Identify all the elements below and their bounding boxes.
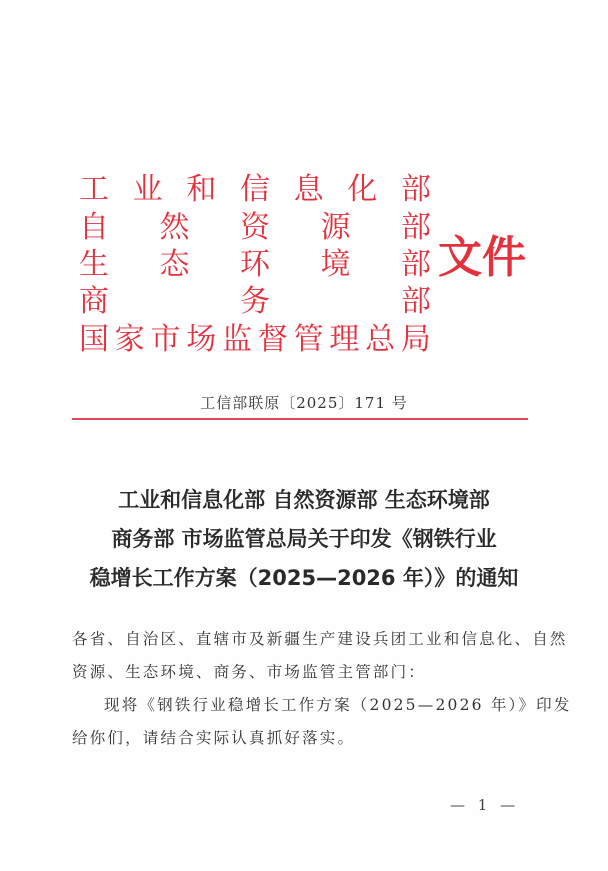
title-line-1: 工业和信息化部 自然资源部 生态环境部: [0, 484, 608, 514]
issuer-char: 工: [78, 172, 110, 208]
issuer-char: 商: [78, 284, 110, 320]
page-number: — 1 —: [450, 796, 519, 814]
issuer-char: 总: [364, 322, 396, 358]
issuer-char: 态: [159, 247, 191, 283]
title-line-3: 稳增长工作方案（2025—2026 年）》的通知: [0, 562, 608, 592]
issuer-char: 源: [320, 210, 352, 246]
issuer-char: 局: [400, 322, 432, 358]
paragraph-line-1: 现将《钢铁行业稳增长工作方案（2025—2026 年）》印发: [104, 693, 572, 715]
issuer-char: 国: [78, 322, 110, 358]
issuer-char: 资: [239, 210, 271, 246]
issuer-char: 信: [239, 172, 271, 208]
issuer-char: 场: [185, 322, 217, 358]
recipients-line-2: 资源、生态环境、商务、市场监管主管部门：: [72, 660, 540, 682]
issuer-char: 家: [114, 322, 146, 358]
issuer-samr: 国 家 市 场 监 督 管 理 总 局: [78, 322, 432, 358]
issuer-mee: 生 态 环 境 部: [78, 247, 432, 283]
issuer-char: 然: [159, 210, 191, 246]
red-divider: [72, 418, 528, 420]
issuer-char: 理: [328, 322, 360, 358]
issuer-char: 监: [221, 322, 253, 358]
issuer-char: 生: [78, 247, 110, 283]
issuer-char: 部: [400, 172, 432, 208]
issuer-char: 息: [293, 172, 325, 208]
document-number: 工信部联原〔2025〕171 号: [0, 392, 608, 413]
issuer-char: 业: [132, 172, 164, 208]
issuer-char: 环: [239, 247, 271, 283]
title-line-2: 商务部 市场监管总局关于印发《钢铁行业: [0, 523, 608, 553]
document-page: 工 业 和 信 息 化 部 自 然 资 源 部 生 态 环 境 部 商 务 部: [0, 0, 608, 871]
issuer-miit: 工 业 和 信 息 化 部: [78, 172, 432, 208]
issuer-mnr: 自 然 资 源 部: [78, 210, 432, 246]
issuer-char: 督: [257, 322, 289, 358]
issuer-char: 管: [293, 322, 325, 358]
issuer-char: 部: [400, 210, 432, 246]
recipients-line-1: 各省、自治区、直辖市及新疆生产建设兵团工业和信息化、自然: [72, 627, 540, 649]
issuer-char: 化: [346, 172, 378, 208]
issuer-char: 部: [400, 247, 432, 283]
issuer-char: 部: [400, 284, 432, 320]
issuer-char: 境: [320, 247, 352, 283]
issuer-char: 和: [185, 172, 217, 208]
document-label: 文件: [438, 232, 526, 284]
paragraph-line-2: 给你们，请结合实际认真抓好落实。: [72, 726, 540, 748]
issuer-char: 自: [78, 210, 110, 246]
issuer-char: 务: [239, 284, 271, 320]
issuer-mofcom: 商 务 部: [78, 284, 432, 320]
issuer-char: 市: [150, 322, 182, 358]
